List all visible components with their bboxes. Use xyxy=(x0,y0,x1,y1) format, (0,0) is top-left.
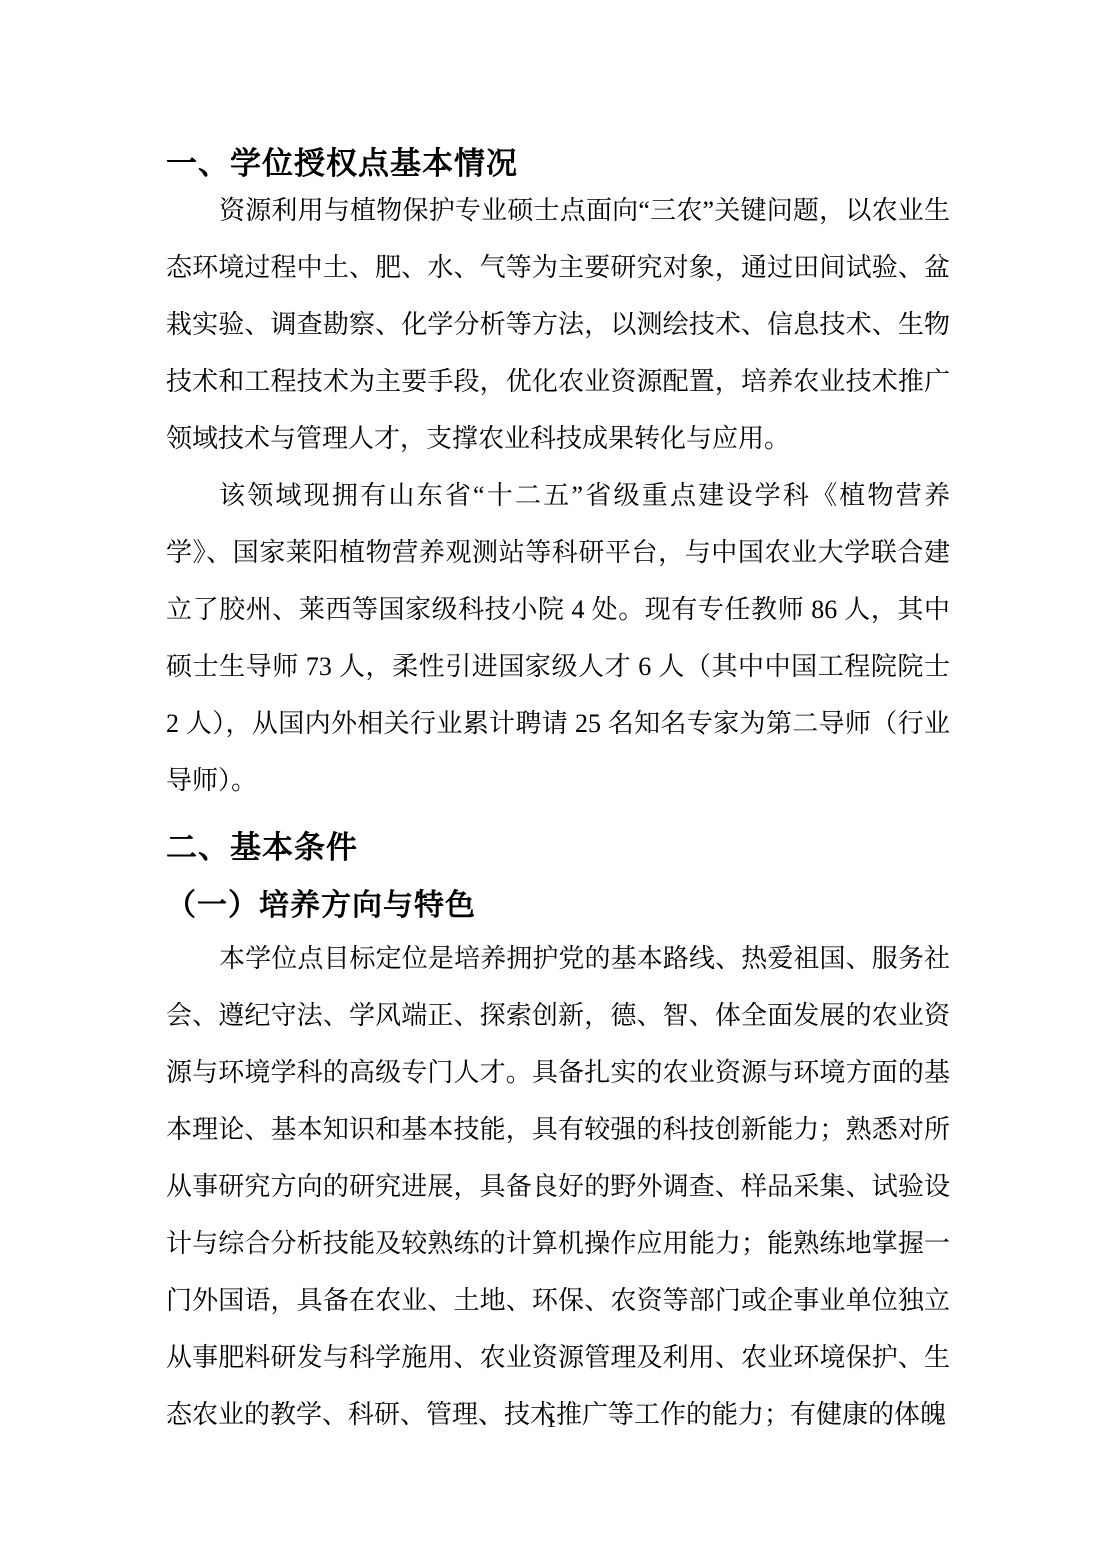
section-1-paragraph-1: 资源利用与植物保护专业硕士点面向“三农”关键问题，以农业生态环境过程中土、肥、水… xyxy=(166,182,950,467)
page-number: 1 xyxy=(0,1408,1102,1433)
section-2-heading: 二、基本条件 xyxy=(166,830,950,866)
section-2-subsection-1-heading: （一）培养方向与特色 xyxy=(166,888,950,924)
document-page: 一、学位授权点基本情况 资源利用与植物保护专业硕士点面向“三农”关键问题，以农业… xyxy=(0,0,1102,1559)
section-2-paragraph-1: 本学位点目标定位是培养拥护党的基本路线、热爱祖国、服务社会、遵纪守法、学风端正、… xyxy=(166,930,950,1443)
section-1-paragraph-2: 该领域现拥有山东省“十二五”省级重点建设学科《植物营养学》、国家莱阳植物营养观测… xyxy=(166,467,950,809)
section-1-heading: 一、学位授权点基本情况 xyxy=(166,146,950,182)
